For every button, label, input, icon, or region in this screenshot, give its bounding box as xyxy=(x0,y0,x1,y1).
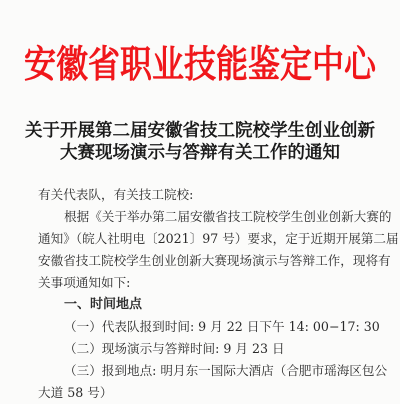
paragraph-line: 关事项通知如下: xyxy=(38,272,368,294)
salutation: 有关代表队，有关技工院校: xyxy=(38,184,368,206)
paragraph-line: 通知》（皖人社明电〔2021〕97 号）要求，定于近期开展第二届 xyxy=(38,228,368,250)
issuing-organization-header: 安徽省职业技能鉴定中心 xyxy=(0,38,400,90)
item-presentation-time: （二）现场演示与答辩时间: 9 月 23 日 xyxy=(38,338,368,360)
paragraph-line: 根据《关于举办第二届安徽省技工院校学生创业创新大赛的 xyxy=(38,206,368,228)
section-heading-time-location: 一、时间地点 xyxy=(38,294,368,316)
document-body: 有关代表队，有关技工院校: 根据《关于举办第二届安徽省技工院校学生创业创新大赛的… xyxy=(38,184,368,404)
paragraph-line: 安徽省技工院校学生创业创新大赛现场演示与答辩工作，现将有 xyxy=(38,250,368,272)
document-title-line-1: 关于开展第二届安徽省技工院校学生创业创新 xyxy=(0,120,400,142)
item-check-in-time: （一）代表队报到时间: 9 月 22 日下午 14: 00−17: 30 xyxy=(38,316,368,338)
item-check-in-location-continuation: 大道 58 号） xyxy=(38,382,368,404)
document-title: 关于开展第二届安徽省技工院校学生创业创新 大赛现场演示与答辩有关工作的通知 xyxy=(0,120,400,164)
item-check-in-location: （三）报到地点: 明月东一国际大酒店（合肥市瑶海区包公 xyxy=(38,360,368,382)
document-title-line-2: 大赛现场演示与答辩有关工作的通知 xyxy=(0,142,400,164)
